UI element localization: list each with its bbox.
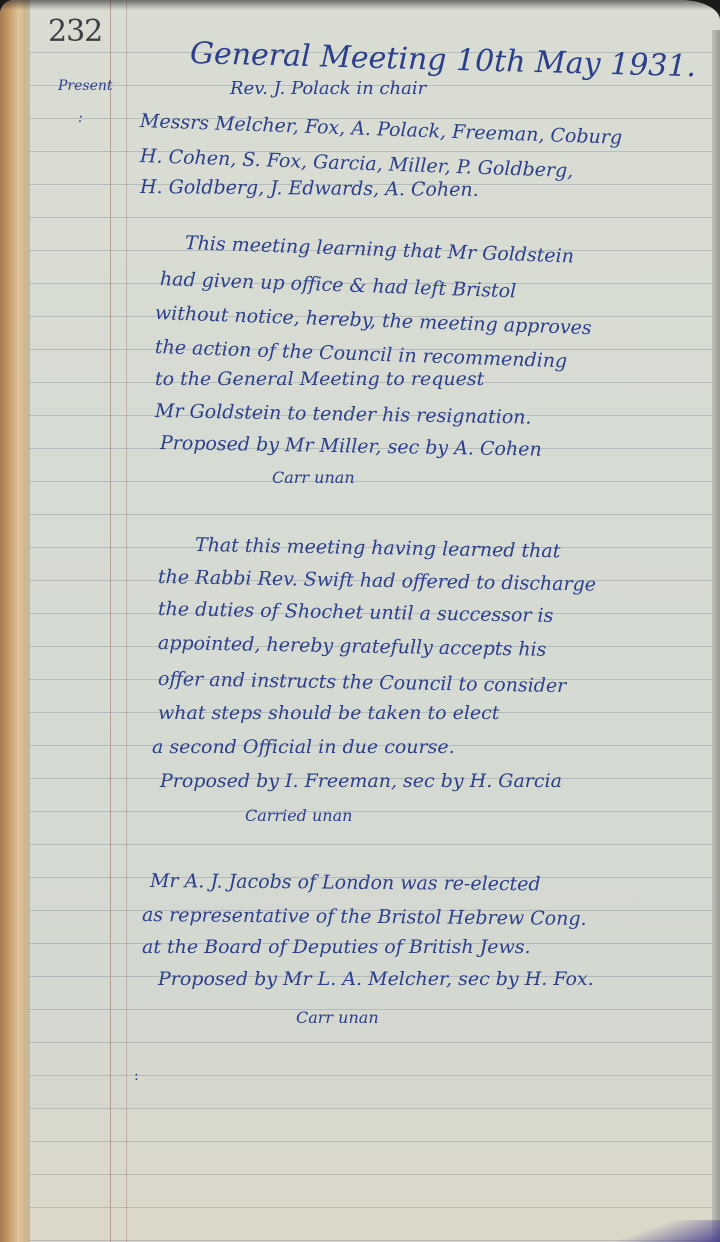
book-spine [0,0,26,1242]
proposer-line: Proposed by Mr L. A. Melcher, sec by H. … [158,968,594,990]
proposer-line: Proposed by I. Freeman, sec by H. Garcia [160,770,562,792]
page-number: 232 [48,14,102,49]
resolution-line: to the General Meeting to request [155,368,484,390]
resolution-line: as representative of the Bristol Hebrew … [142,904,587,930]
present-label: Present [58,78,113,94]
resolution-line: at the Board of Deputies of British Jews… [142,936,531,958]
carried-note: Carried unan [245,806,352,825]
trailing-mark: : [134,1068,139,1084]
chair-line: Rev. J. Polack in chair [230,78,426,99]
spine-edge [26,0,30,1242]
resolution-line: what steps should be taken to elect [158,702,499,724]
attendee-line: H. Goldberg, J. Edwards, A. Cohen. [140,176,479,201]
top-shadow [0,0,720,10]
page-edge [712,30,720,1242]
resolution-line: a second Official in due course. [152,736,455,758]
ledger-page: 232 Present : General Meeting 10th May 1… [0,0,720,1242]
resolution-line: Mr A. J. Jacobs of London was re-elected [150,870,541,895]
margin-rule-inner [126,0,127,1242]
carried-note: Carr unan [296,1008,379,1027]
carried-note: Carr unan [272,468,355,487]
bottom-corner-shadow [600,1220,720,1242]
margin-colon: : [78,110,83,126]
margin-rule [110,0,111,1242]
